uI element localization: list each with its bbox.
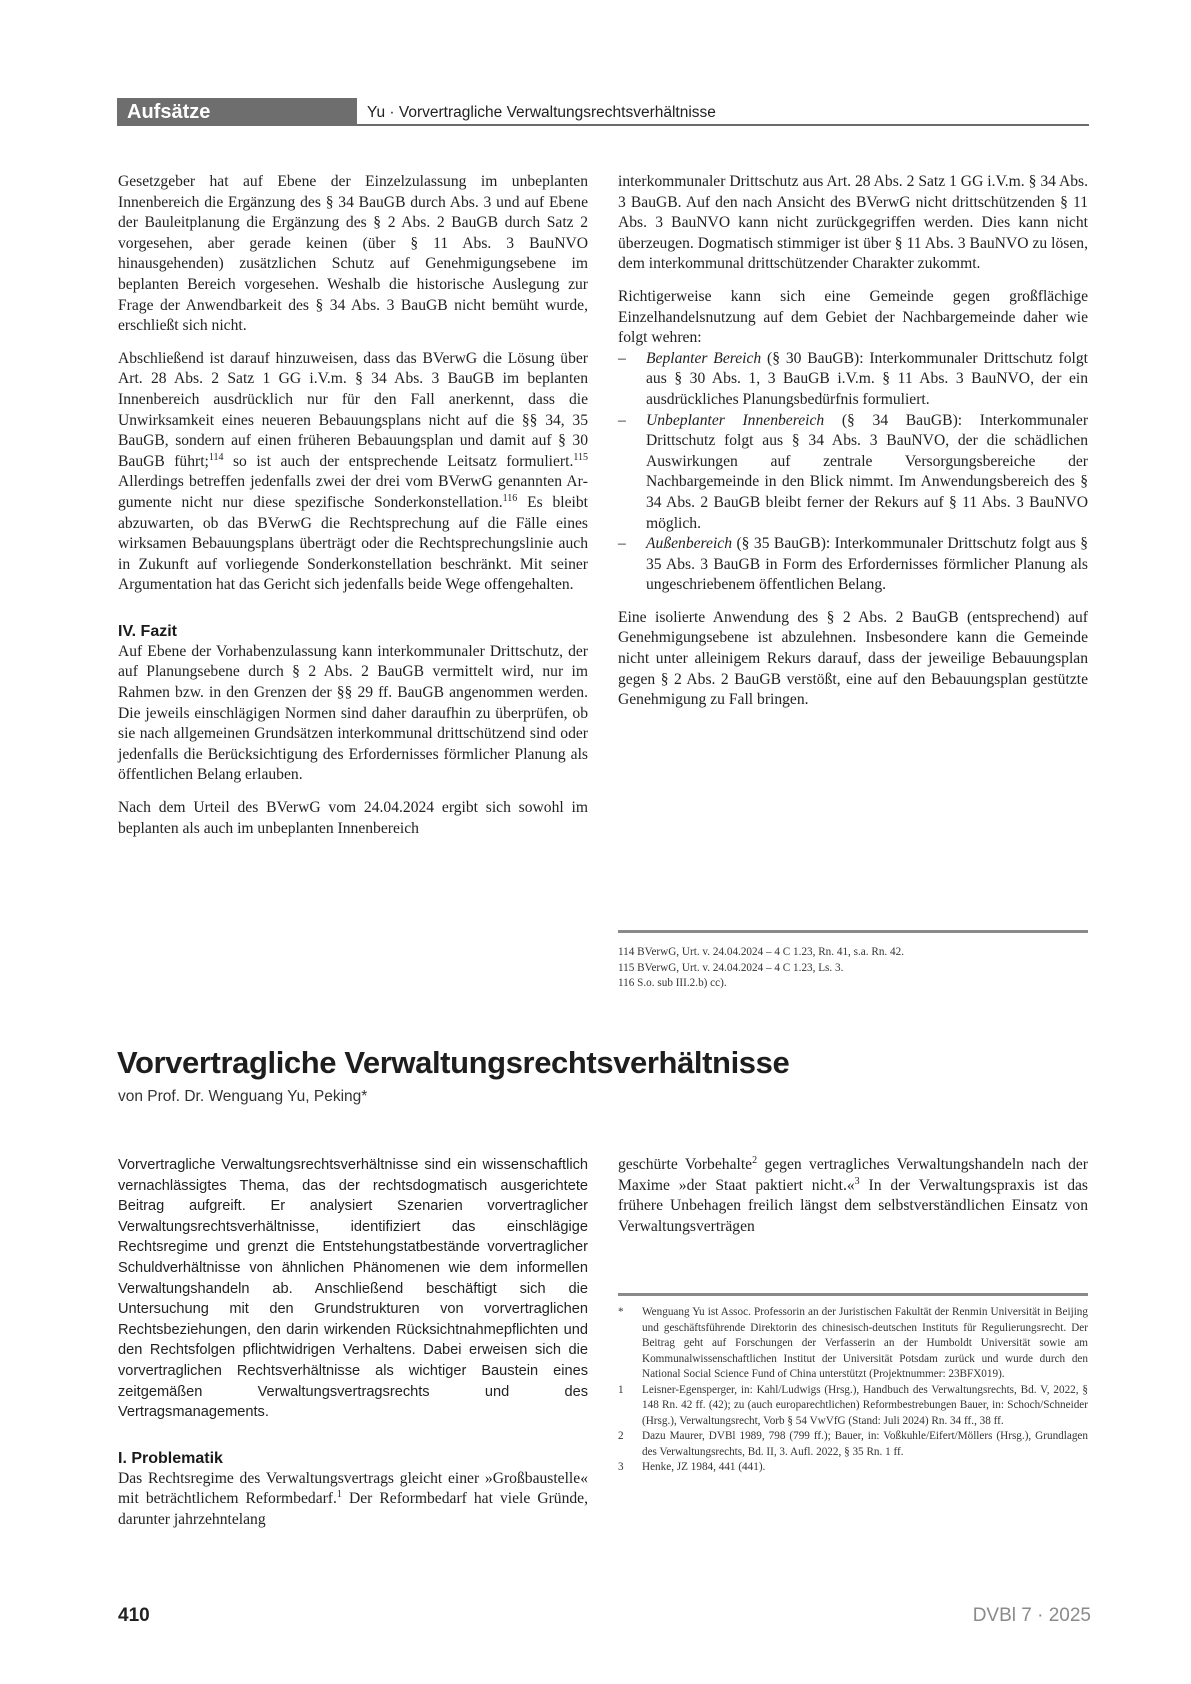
footnote-ref[interactable]: 116	[503, 493, 518, 504]
footnote: 115 BVerwG, Urt. v. 24.04.2024 – 4 C 1.2…	[618, 961, 1088, 977]
paragraph: Auf Ebene der Vorhabenzulassung kann int…	[118, 642, 588, 786]
paragraph: geschürte Vorbehalte2 gegen vertragliche…	[618, 1155, 1088, 1237]
page-number: 410	[118, 1605, 150, 1627]
paragraph: Richtigerweise kann sich eine Gemeinde g…	[618, 287, 1088, 349]
footnote-divider	[618, 1293, 1088, 1296]
running-header: Aufsätze Yu · Vorvertragliche Verwaltung…	[117, 98, 1089, 126]
list-item: –Unbeplanter Innenbereich (§ 34 BauGB): …	[618, 411, 1088, 535]
footnote-ref[interactable]: 115	[573, 452, 588, 463]
list-item: –Beplanter Bereich (§ 30 BauGB): Interko…	[618, 349, 1088, 411]
paragraph: Gesetzgeber hat auf Ebene der Einzelzula…	[118, 172, 588, 337]
journal-issue: DVBl 7 · 2025	[973, 1605, 1091, 1627]
paragraph: interkommunaler Drittschutz aus Art. 28 …	[618, 172, 1088, 275]
section-heading-fazit: IV. Fazit	[118, 622, 588, 642]
dash-list: –Beplanter Bereich (§ 30 BauGB): Interko…	[618, 349, 1088, 596]
paragraph: Abschließend ist darauf hinzuweisen, das…	[118, 349, 588, 596]
prev-article-right-column: interkommunaler Drittschutz aus Art. 28 …	[618, 172, 1088, 723]
footnote: 2Dazu Maurer, DVBl 1989, 798 (799 ff.); …	[618, 1429, 1088, 1460]
prev-article-left-column: Gesetzgeber hat auf Ebene der Einzelzula…	[118, 172, 588, 839]
paragraph: Das Rechtsregime des Verwaltungsvertrags…	[118, 1469, 588, 1531]
footnote-ref[interactable]: 114	[209, 452, 224, 463]
footnote: 3Henke, JZ 1984, 441 (441).	[618, 1460, 1088, 1476]
footnote: *Wenguang Yu ist Assoc. Professorin an d…	[618, 1305, 1088, 1383]
new-article-right-column: geschürte Vorbehalte2 gegen vertragliche…	[618, 1155, 1088, 1237]
paragraph: Eine isolierte Anwendung des § 2 Abs. 2 …	[618, 608, 1088, 711]
prev-article-footnotes: 114 BVerwG, Urt. v. 24.04.2024 – 4 C 1.2…	[618, 945, 1088, 992]
list-item: –Außenbereich (§ 35 BauGB): Interkommuna…	[618, 534, 1088, 596]
section-heading-problematik: I. Problematik	[118, 1449, 588, 1469]
article-title: Vorvertragliche Verwaltungsrechtsverhält…	[117, 1045, 789, 1081]
footnote: 116 S.o. sub III.2.b) cc).	[618, 976, 1088, 992]
new-article-footnotes: *Wenguang Yu ist Assoc. Professorin an d…	[618, 1305, 1088, 1476]
running-title: Yu · Vorvertragliche Verwaltungsrechtsve…	[367, 98, 716, 126]
footnote: 114 BVerwG, Urt. v. 24.04.2024 – 4 C 1.2…	[618, 945, 1088, 961]
new-article-left-column: Vorvertragliche Verwaltungsrechtsverhält…	[118, 1155, 588, 1531]
footnote-divider	[618, 930, 1088, 933]
paragraph: Nach dem Urteil des BVerwG vom 24.04.202…	[118, 798, 588, 839]
abstract: Vorvertragliche Verwaltungsrechtsverhält…	[118, 1155, 588, 1423]
article-author: von Prof. Dr. Wenguang Yu, Peking*	[118, 1088, 367, 1106]
footnote: 1Leisner-Egensperger, in: Kahl/Ludwigs (…	[618, 1383, 1088, 1430]
section-label: Aufsätze	[117, 98, 357, 126]
